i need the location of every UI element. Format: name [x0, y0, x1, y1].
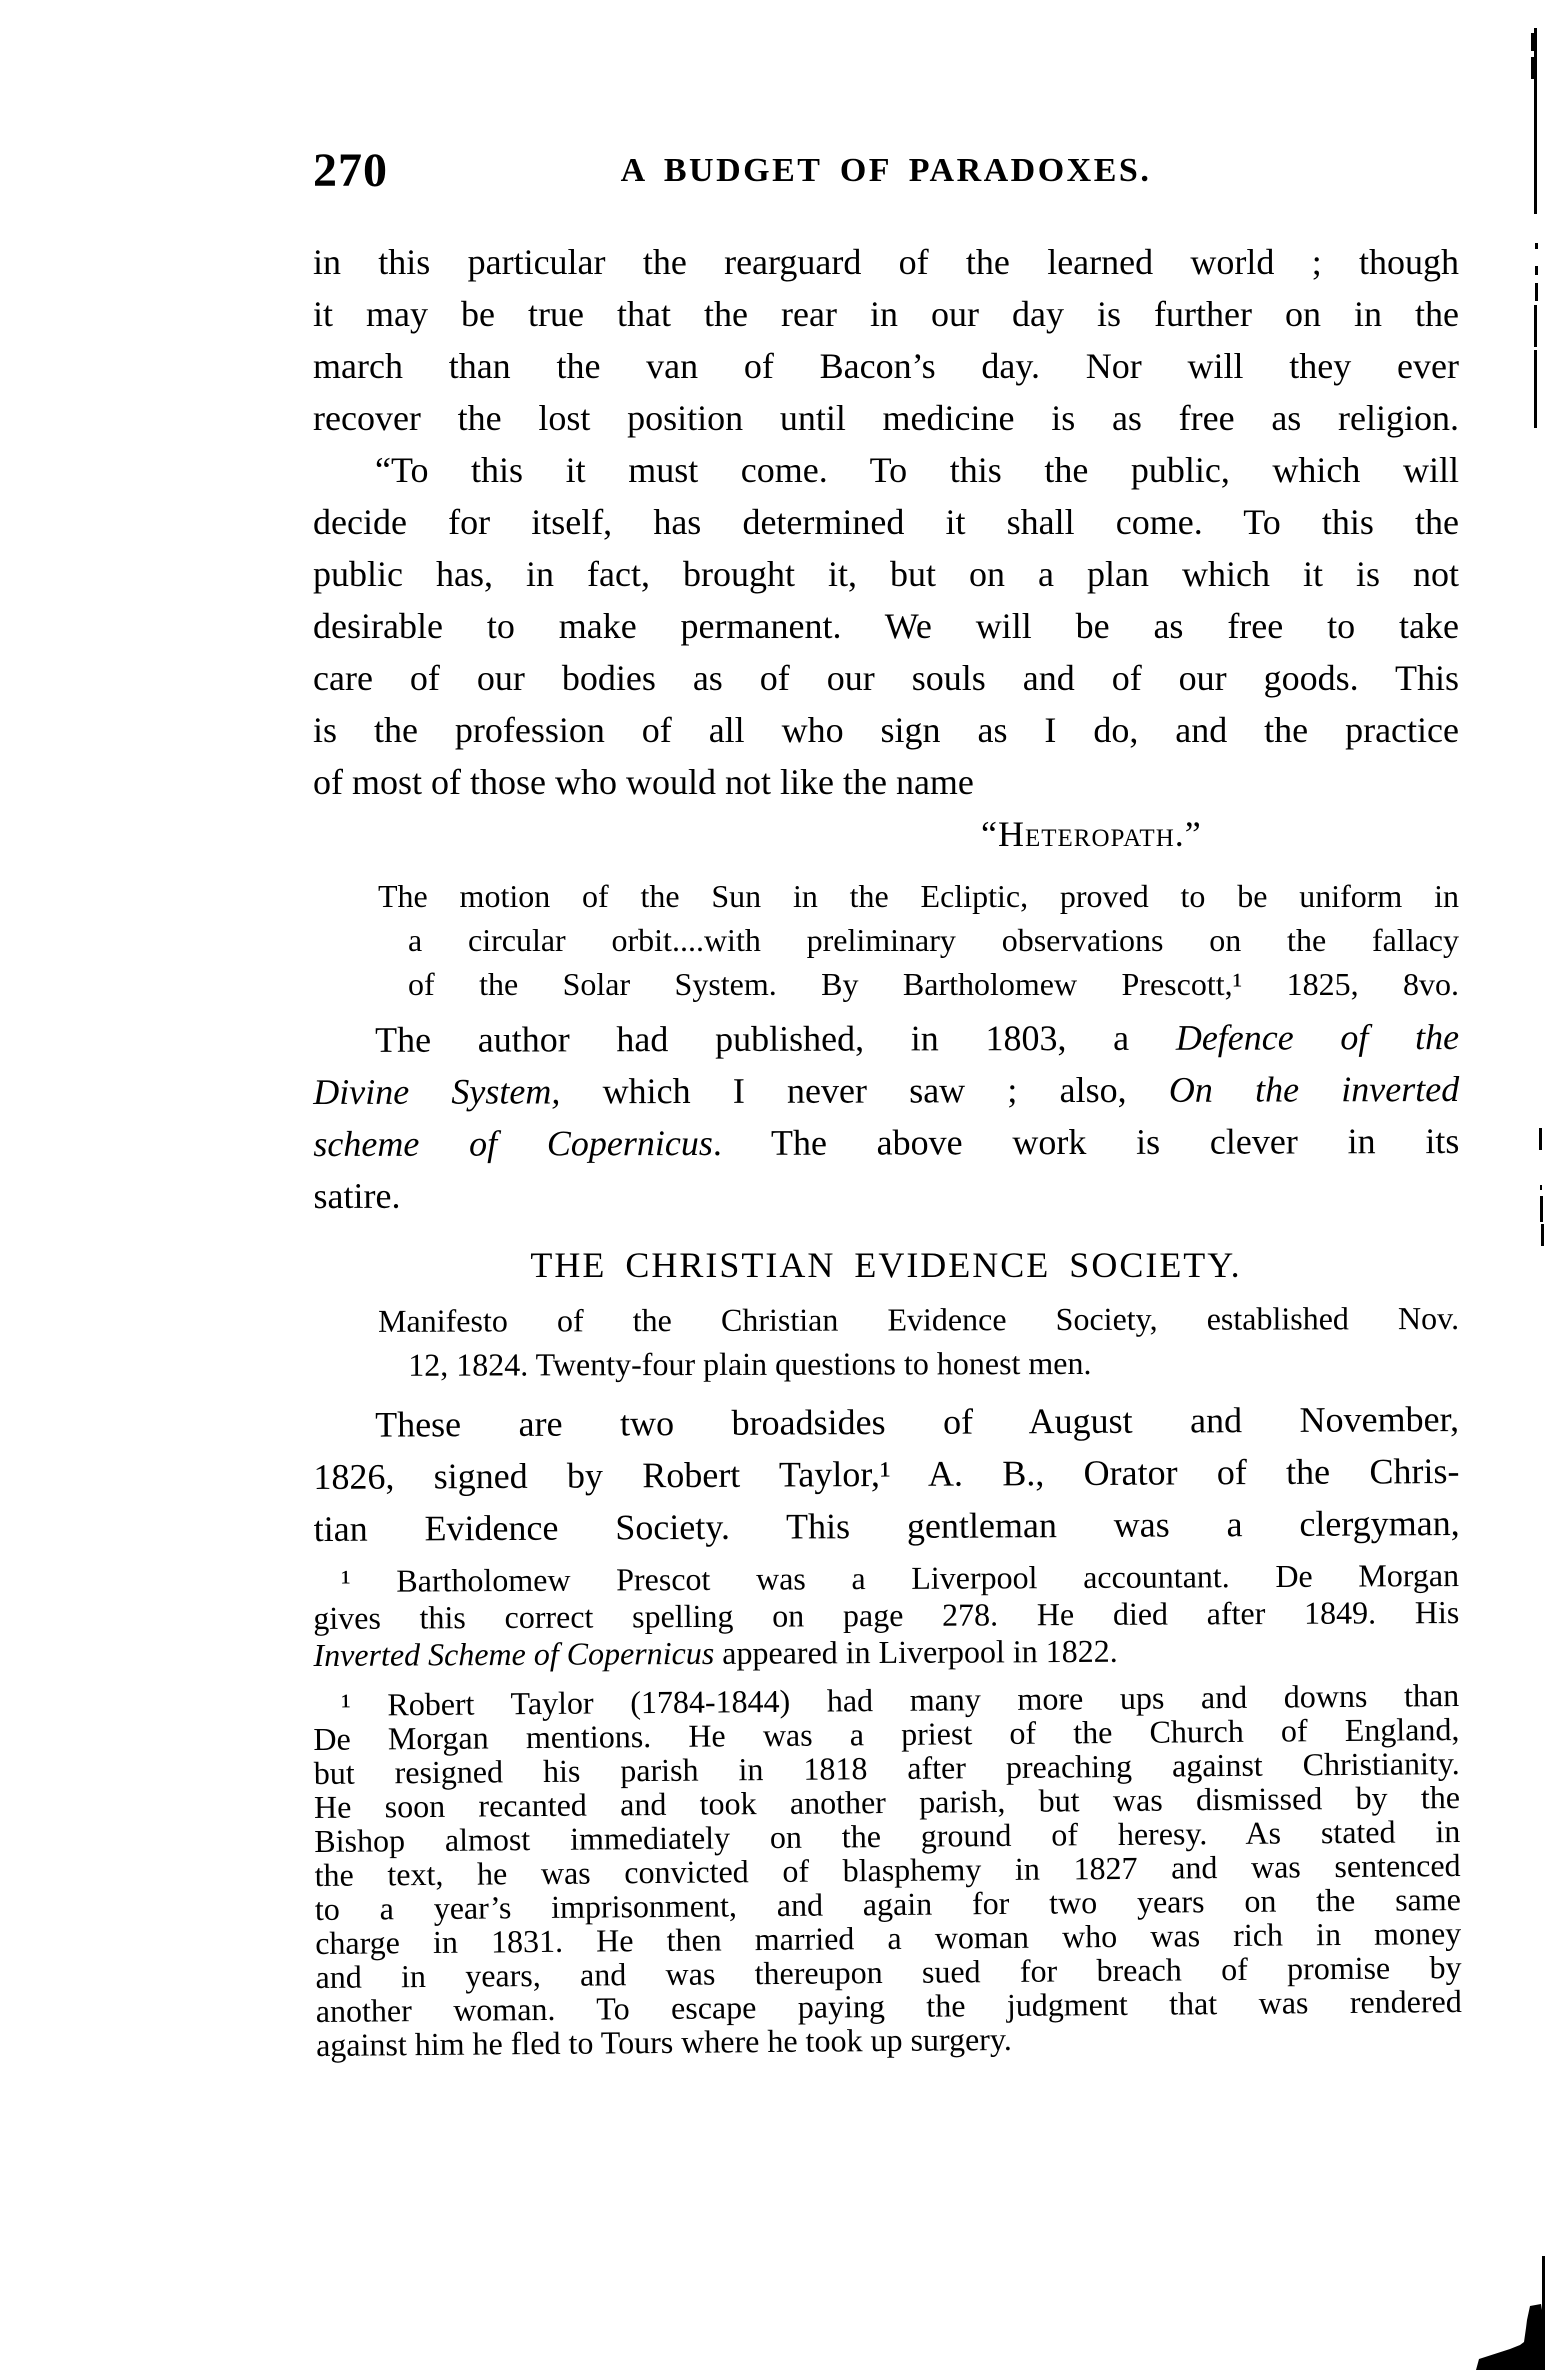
- text-line: 12, 1824. Twenty-four plain questions to…: [408, 1340, 1459, 1387]
- text-line: is the profession of all who sign as I d…: [313, 704, 1459, 756]
- text-line: ¹ Bartholomew Prescot was a Liverpool ac…: [313, 1557, 1459, 1600]
- text-line: Divine System, which I never saw ; also,…: [313, 1063, 1459, 1118]
- text-line: The motion of the Sun in the Ecliptic, p…: [408, 874, 1459, 918]
- text-line: satire.: [313, 1167, 1459, 1222]
- text-line: of most of those who would not like the …: [313, 756, 1459, 808]
- book-page-scan: 270 A BUDGET OF PARADOXES. in this parti…: [0, 0, 1551, 2370]
- scan-artifact-streak: [1539, 1128, 1542, 1150]
- scan-artifact-streak: [1535, 266, 1538, 275]
- scan-artifact-corner-shadow: [1470, 2250, 1551, 2370]
- text-line: it may be true that the rear in our day …: [313, 288, 1459, 340]
- citation2: Manifesto of the Christian Evidence Soci…: [313, 1296, 1459, 1387]
- scan-artifact-streak: [1541, 1224, 1544, 1246]
- text-line: “To this it must come. To this the publi…: [313, 444, 1459, 496]
- footnote1: ¹ Bartholomew Prescot was a Liverpool ac…: [313, 1557, 1460, 1674]
- scan-artifact-streak: [1534, 28, 1537, 214]
- text-line: decide for itself, has determined it sha…: [313, 496, 1459, 548]
- scan-artifact-streak: [1534, 305, 1537, 347]
- text-line: care of our bodies as of our souls and o…: [313, 652, 1459, 704]
- scan-artifact-streak: [1531, 33, 1537, 51]
- text-line: gives this correct spelling on page 278.…: [313, 1594, 1459, 1637]
- text-line: The author had published, in 1803, a Def…: [313, 1011, 1459, 1066]
- scan-artifact-streak: [1535, 283, 1538, 301]
- text-line: Manifesto of the Christian Evidence Soci…: [408, 1296, 1459, 1343]
- para1: in this particular the rearguard of the …: [313, 236, 1459, 860]
- footnote2: ¹ Robert Taylor (1784-1844) had many mor…: [313, 1678, 1462, 2062]
- text-line: in this particular the rearguard of the …: [313, 236, 1459, 288]
- text-line: public has, in fact, brought it, but on …: [313, 548, 1459, 600]
- text-line: march than the van of Bacon’s day. Nor w…: [313, 340, 1459, 392]
- text-line: of the Solar System. By Bartholomew Pres…: [408, 962, 1459, 1006]
- scan-artifact-streak: [1531, 57, 1537, 79]
- text-line: a circular orbit....with preliminary obs…: [408, 918, 1459, 962]
- text-line: desirable to make permanent. We will be …: [313, 600, 1459, 652]
- text-line: scheme of Copernicus. The above work is …: [313, 1115, 1459, 1170]
- scan-artifact-streak: [1540, 1196, 1543, 1222]
- para3: These are two broadsides of August and N…: [313, 1393, 1460, 1555]
- running-title: A BUDGET OF PARADOXES.: [313, 152, 1459, 190]
- text-line: 1826, signed by Robert Taylor,¹ A. B., O…: [313, 1445, 1459, 1503]
- scan-artifact-streak: [1535, 243, 1538, 249]
- text-line: These are two broadsides of August and N…: [313, 1393, 1459, 1451]
- text-line: tian Evidence Society. This gentleman wa…: [314, 1497, 1460, 1555]
- text-line: recover the lost position until medicine…: [313, 392, 1459, 444]
- text-line: Inverted Scheme of Copernicus appeared i…: [313, 1631, 1459, 1674]
- scan-artifact-streak: [1534, 350, 1537, 428]
- text-line: “Heteropath.”: [981, 808, 1459, 860]
- para2: The author had published, in 1803, a Def…: [313, 1011, 1460, 1222]
- scan-artifact-streak: [1540, 1185, 1542, 1190]
- heading1: THE CHRISTIAN EVIDENCE SOCIETY.: [313, 1243, 1459, 1287]
- text-line: against him he fled to Tours where he to…: [316, 2018, 1462, 2062]
- citation1: The motion of the Sun in the Ecliptic, p…: [313, 874, 1459, 1006]
- text-line: THE CHRISTIAN EVIDENCE SOCIETY.: [313, 1243, 1459, 1287]
